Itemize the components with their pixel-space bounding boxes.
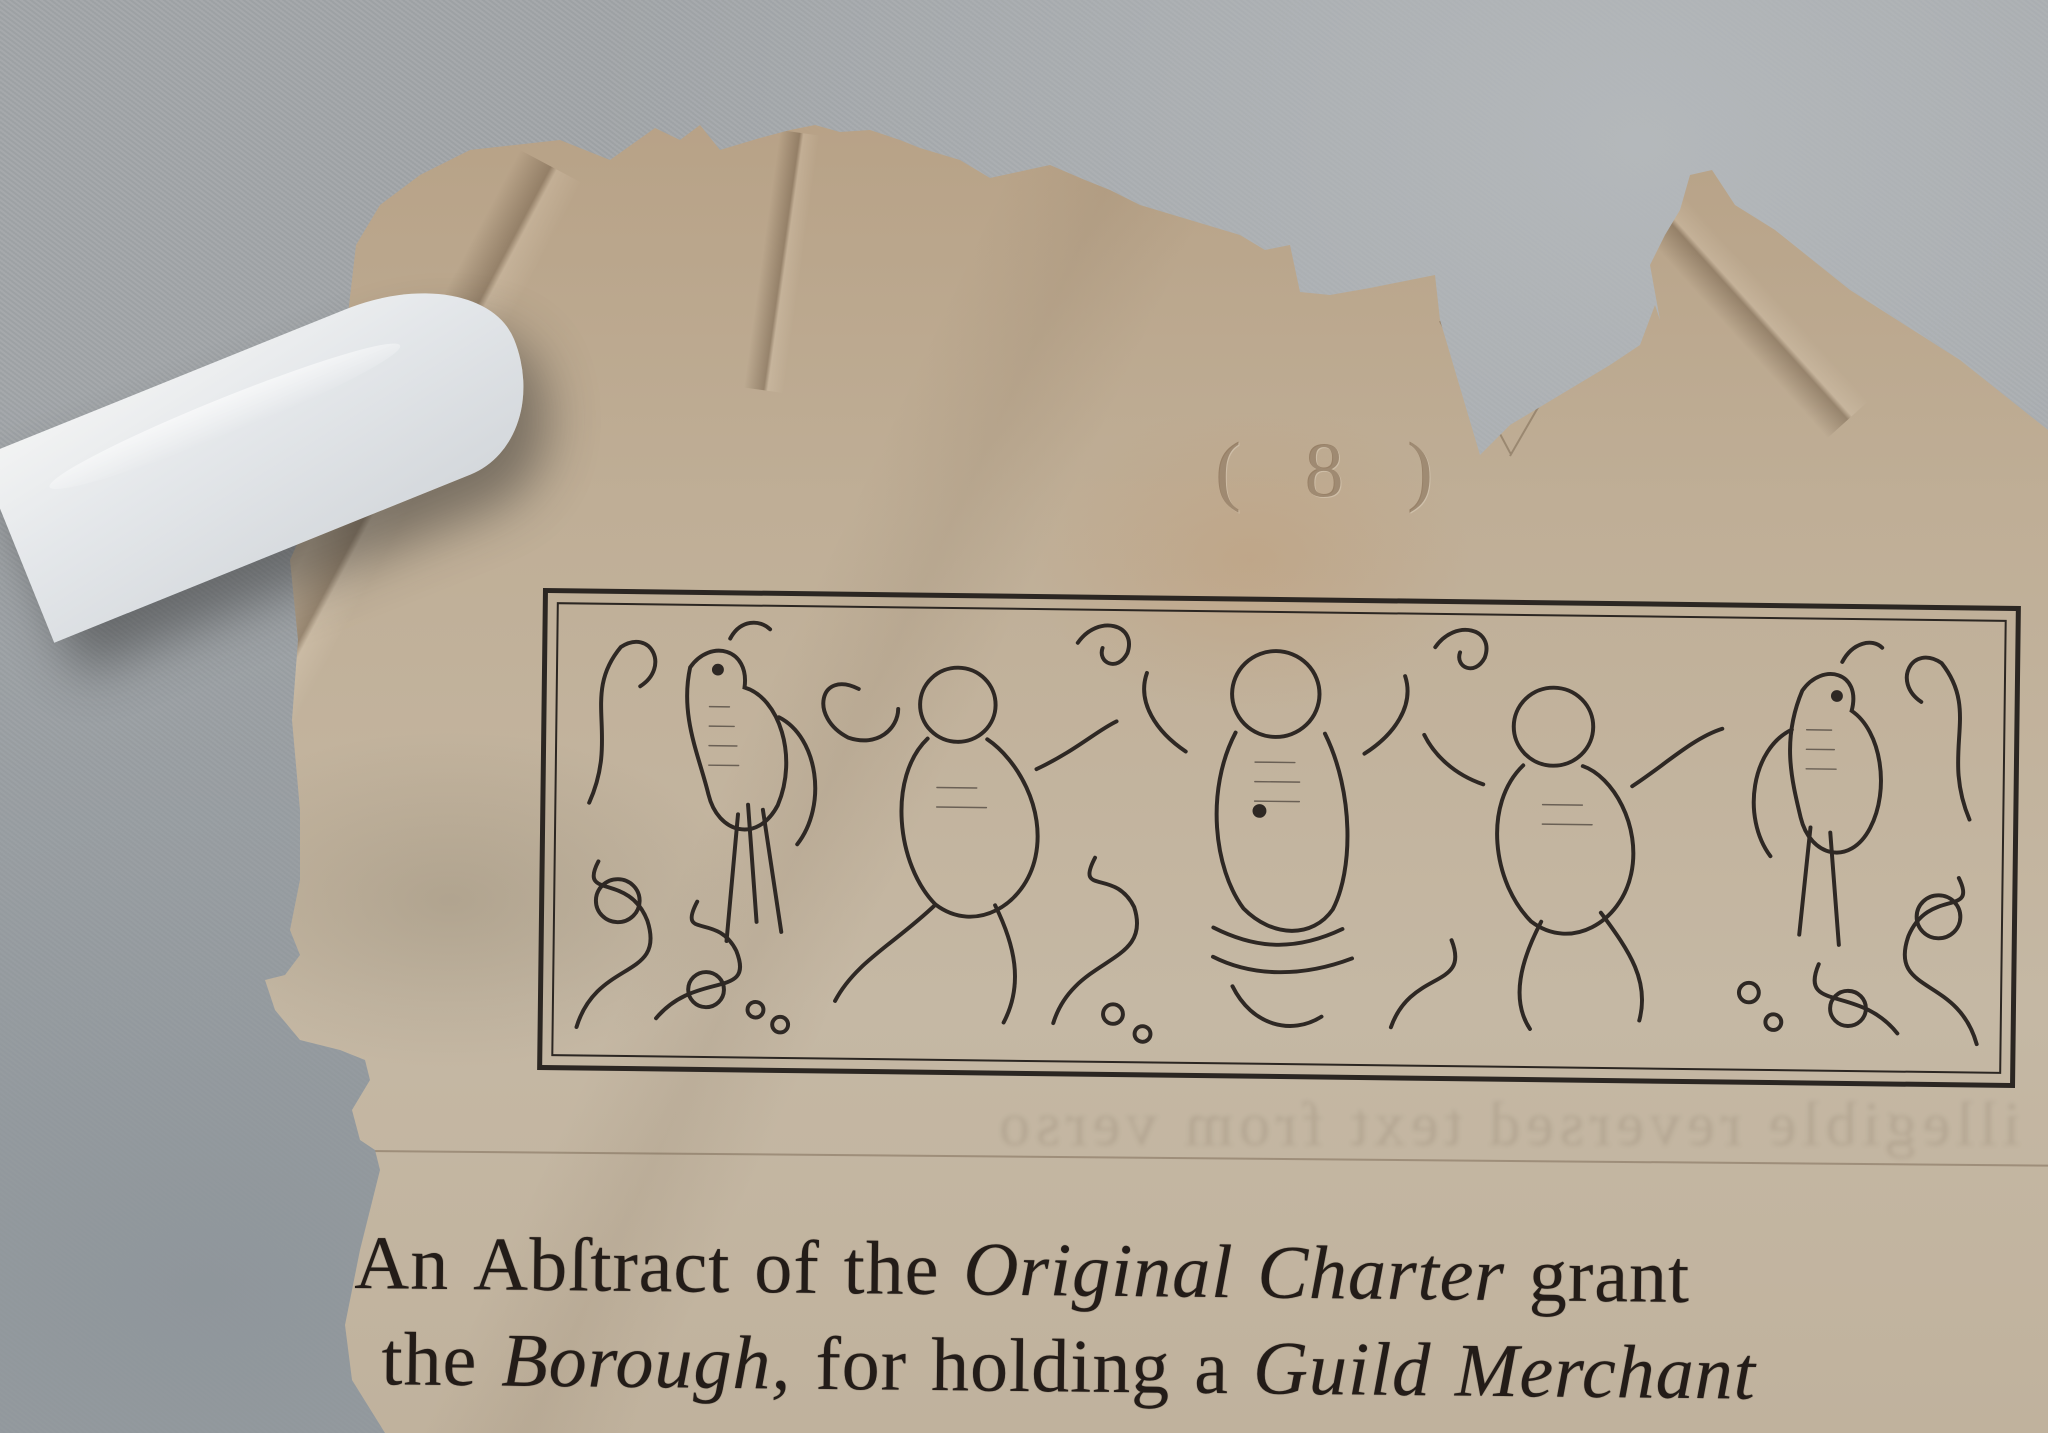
word-italic: Guild <box>1253 1326 1432 1412</box>
body-text: AnAbſtractoftheOriginalChartergrant theB… <box>353 1215 2048 1425</box>
cherub-left-icon <box>819 666 1117 1024</box>
acanthus-scroll-icon <box>577 861 652 1028</box>
word: grant <box>1529 1233 1691 1319</box>
word: An <box>354 1221 450 1306</box>
word-italic: Borough, <box>501 1319 792 1406</box>
central-figure-icon <box>1140 649 1408 1027</box>
bleed-through-text: illegible reversed text from verso <box>420 1090 2020 1180</box>
woodcut-headpiece-ornament <box>537 588 2021 1088</box>
word: of <box>754 1225 820 1310</box>
word: Abſtract <box>473 1222 731 1309</box>
ornament-artwork <box>556 607 2001 1069</box>
bird-right-icon <box>1752 641 1883 945</box>
bird-left-icon <box>684 622 817 942</box>
page-number: ( 8 ) <box>1215 425 1455 515</box>
word: the <box>843 1226 940 1311</box>
word: for <box>815 1322 907 1407</box>
word: the <box>381 1317 478 1402</box>
text-line-2: theBorough,forholdingaGuildMerchant <box>353 1311 2048 1425</box>
cherub-right-icon <box>1421 686 1723 1031</box>
word-italic: Original <box>963 1227 1234 1314</box>
paper-fold-upper <box>744 130 820 393</box>
word-italic: Merchant <box>1455 1329 1757 1416</box>
text-line-1: AnAbſtractoftheOriginalChartergrant <box>354 1215 2048 1329</box>
word-italic: Charter <box>1257 1230 1506 1317</box>
word: a <box>1194 1326 1230 1410</box>
word: holding <box>931 1323 1171 1410</box>
